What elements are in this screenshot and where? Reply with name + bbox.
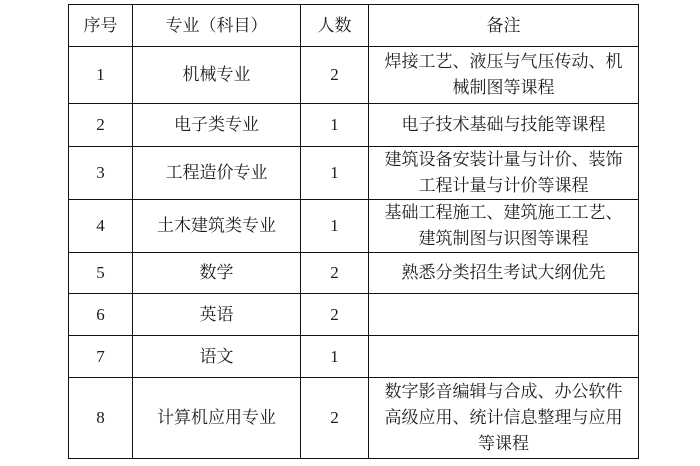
cell-no: 6 [69, 294, 133, 336]
cell-count: 1 [301, 104, 369, 147]
table-row: 7 语文 1 [69, 336, 639, 378]
cell-remark [369, 294, 639, 336]
table-body: 1 机械专业 2 焊接工艺、液压与气压传动、机 械制图等课程 2 电子类专业 1… [69, 47, 639, 459]
cell-remark: 电子技术基础与技能等课程 [369, 104, 639, 147]
cell-remark: 数字影音编辑与合成、办公软件 高级应用、统计信息整理与应用 等课程 [369, 378, 639, 459]
cell-no: 2 [69, 104, 133, 147]
cell-count: 1 [301, 200, 369, 253]
cell-count: 1 [301, 336, 369, 378]
cell-count: 1 [301, 147, 369, 200]
cell-no: 7 [69, 336, 133, 378]
cell-count: 2 [301, 378, 369, 459]
cell-remark: 熟悉分类招生考试大纲优先 [369, 253, 639, 294]
table-row: 8 计算机应用专业 2 数字影音编辑与合成、办公软件 高级应用、统计信息整理与应… [69, 378, 639, 459]
cell-major: 工程造价专业 [133, 147, 301, 200]
table-row: 4 土木建筑类专业 1 基础工程施工、建筑施工工艺、 建筑制图与识图等课程 [69, 200, 639, 253]
recruitment-table: 序号 专业（科目） 人数 备注 1 机械专业 2 焊接工艺、液压与气压传动、机 … [68, 4, 639, 459]
cell-remark: 建筑设备安装计量与计价、装饰 工程计量与计价等课程 [369, 147, 639, 200]
cell-remark: 基础工程施工、建筑施工工艺、 建筑制图与识图等课程 [369, 200, 639, 253]
table-row: 5 数学 2 熟悉分类招生考试大纲优先 [69, 253, 639, 294]
table-row: 3 工程造价专业 1 建筑设备安装计量与计价、装饰 工程计量与计价等课程 [69, 147, 639, 200]
document-page: 序号 专业（科目） 人数 备注 1 机械专业 2 焊接工艺、液压与气压传动、机 … [0, 0, 700, 466]
cell-major: 英语 [133, 294, 301, 336]
cell-no: 8 [69, 378, 133, 459]
cell-major: 数学 [133, 253, 301, 294]
cell-no: 5 [69, 253, 133, 294]
cell-major: 语文 [133, 336, 301, 378]
header-cell-remark: 备注 [369, 5, 639, 47]
header-cell-no: 序号 [69, 5, 133, 47]
table-header: 序号 专业（科目） 人数 备注 [69, 5, 639, 47]
cell-remark [369, 336, 639, 378]
cell-count: 2 [301, 294, 369, 336]
cell-no: 1 [69, 47, 133, 104]
header-cell-major: 专业（科目） [133, 5, 301, 47]
cell-major: 土木建筑类专业 [133, 200, 301, 253]
cell-count: 2 [301, 47, 369, 104]
cell-remark: 焊接工艺、液压与气压传动、机 械制图等课程 [369, 47, 639, 104]
cell-major: 计算机应用专业 [133, 378, 301, 459]
cell-major: 机械专业 [133, 47, 301, 104]
cell-no: 4 [69, 200, 133, 253]
table-row: 6 英语 2 [69, 294, 639, 336]
table-row: 1 机械专业 2 焊接工艺、液压与气压传动、机 械制图等课程 [69, 47, 639, 104]
header-cell-count: 人数 [301, 5, 369, 47]
cell-count: 2 [301, 253, 369, 294]
table-row: 2 电子类专业 1 电子技术基础与技能等课程 [69, 104, 639, 147]
header-row: 序号 专业（科目） 人数 备注 [69, 5, 639, 47]
cell-major: 电子类专业 [133, 104, 301, 147]
cell-no: 3 [69, 147, 133, 200]
